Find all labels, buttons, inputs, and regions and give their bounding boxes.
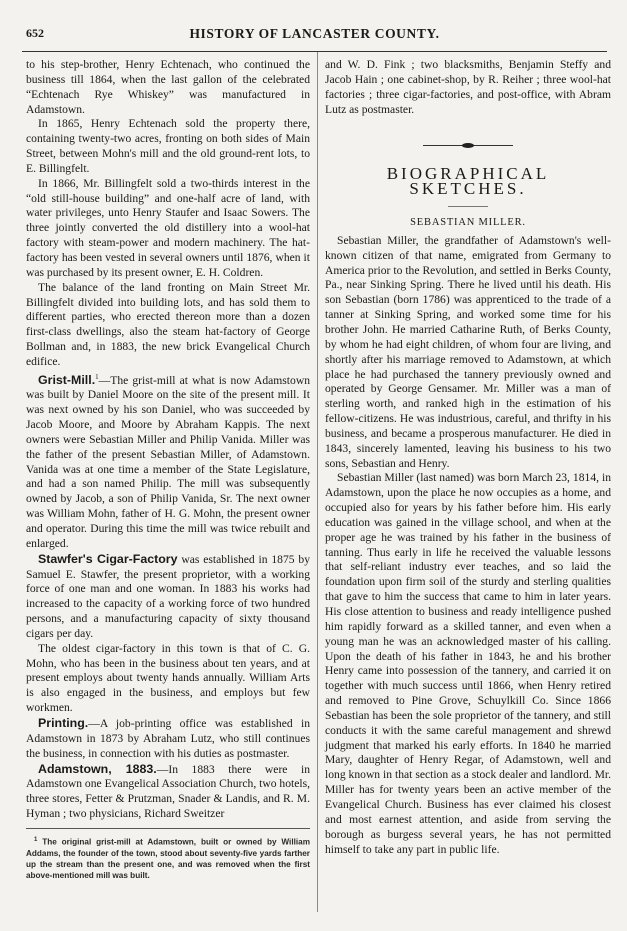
header-rule bbox=[22, 51, 607, 52]
run-in-heading: Adamstown, 1883. bbox=[38, 762, 157, 776]
left-column: to his step-brother, Henry Echtenach, wh… bbox=[26, 58, 310, 881]
footnote-rule bbox=[26, 828, 310, 829]
paragraph-text: —The grist-mill at what is now Adamstown… bbox=[26, 374, 310, 550]
run-in-heading: Printing. bbox=[38, 716, 88, 730]
right-column: and W. D. Fink ; two blacksmiths, Benjam… bbox=[325, 58, 611, 857]
page-header: 652 HISTORY OF LANCASTER COUNTY. bbox=[22, 26, 607, 42]
paragraph: In 1866, Mr. Billingfelt sold a two-thir… bbox=[26, 177, 310, 281]
paragraph: to his step-brother, Henry Echtenach, wh… bbox=[26, 58, 310, 117]
paragraph: The oldest cigar-factory in this town is… bbox=[26, 642, 310, 716]
printing-paragraph: Printing.—A job-printing office was esta… bbox=[26, 716, 310, 762]
paragraph: The balance of the land fronting on Main… bbox=[26, 281, 310, 370]
paragraph: Sebastian Miller, the grandfather of Ada… bbox=[325, 234, 611, 472]
paragraph: Sebastian Miller (last named) was born M… bbox=[325, 471, 611, 857]
short-rule bbox=[448, 206, 488, 207]
adamstown-1883-paragraph: Adamstown, 1883.—In 1883 there were in A… bbox=[26, 762, 310, 822]
ornament-divider-icon bbox=[423, 143, 513, 149]
paragraph: and W. D. Fink ; two blacksmiths, Benjam… bbox=[325, 58, 611, 117]
running-title: HISTORY OF LANCASTER COUNTY. bbox=[22, 26, 607, 42]
run-in-heading: Stawfer's Cigar-Factory bbox=[38, 552, 178, 566]
footnote: 1 The original grist-mill at Adamstown, … bbox=[26, 835, 310, 881]
section-title: BIOGRAPHICAL SKETCHES. bbox=[325, 167, 611, 197]
subject-name: SEBASTIAN MILLER. bbox=[325, 216, 611, 231]
footnote-text: The original grist-mill at Adamstown, bu… bbox=[26, 838, 310, 880]
cigar-factory-paragraph: Stawfer's Cigar-Factory was established … bbox=[26, 552, 310, 642]
run-in-heading: Grist-Mill. bbox=[38, 373, 95, 387]
paragraph: In 1865, Henry Echtenach sold the proper… bbox=[26, 117, 310, 176]
column-divider bbox=[317, 52, 318, 912]
grist-mill-paragraph: Grist-Mill.1—The grist-mill at what is n… bbox=[26, 370, 310, 552]
